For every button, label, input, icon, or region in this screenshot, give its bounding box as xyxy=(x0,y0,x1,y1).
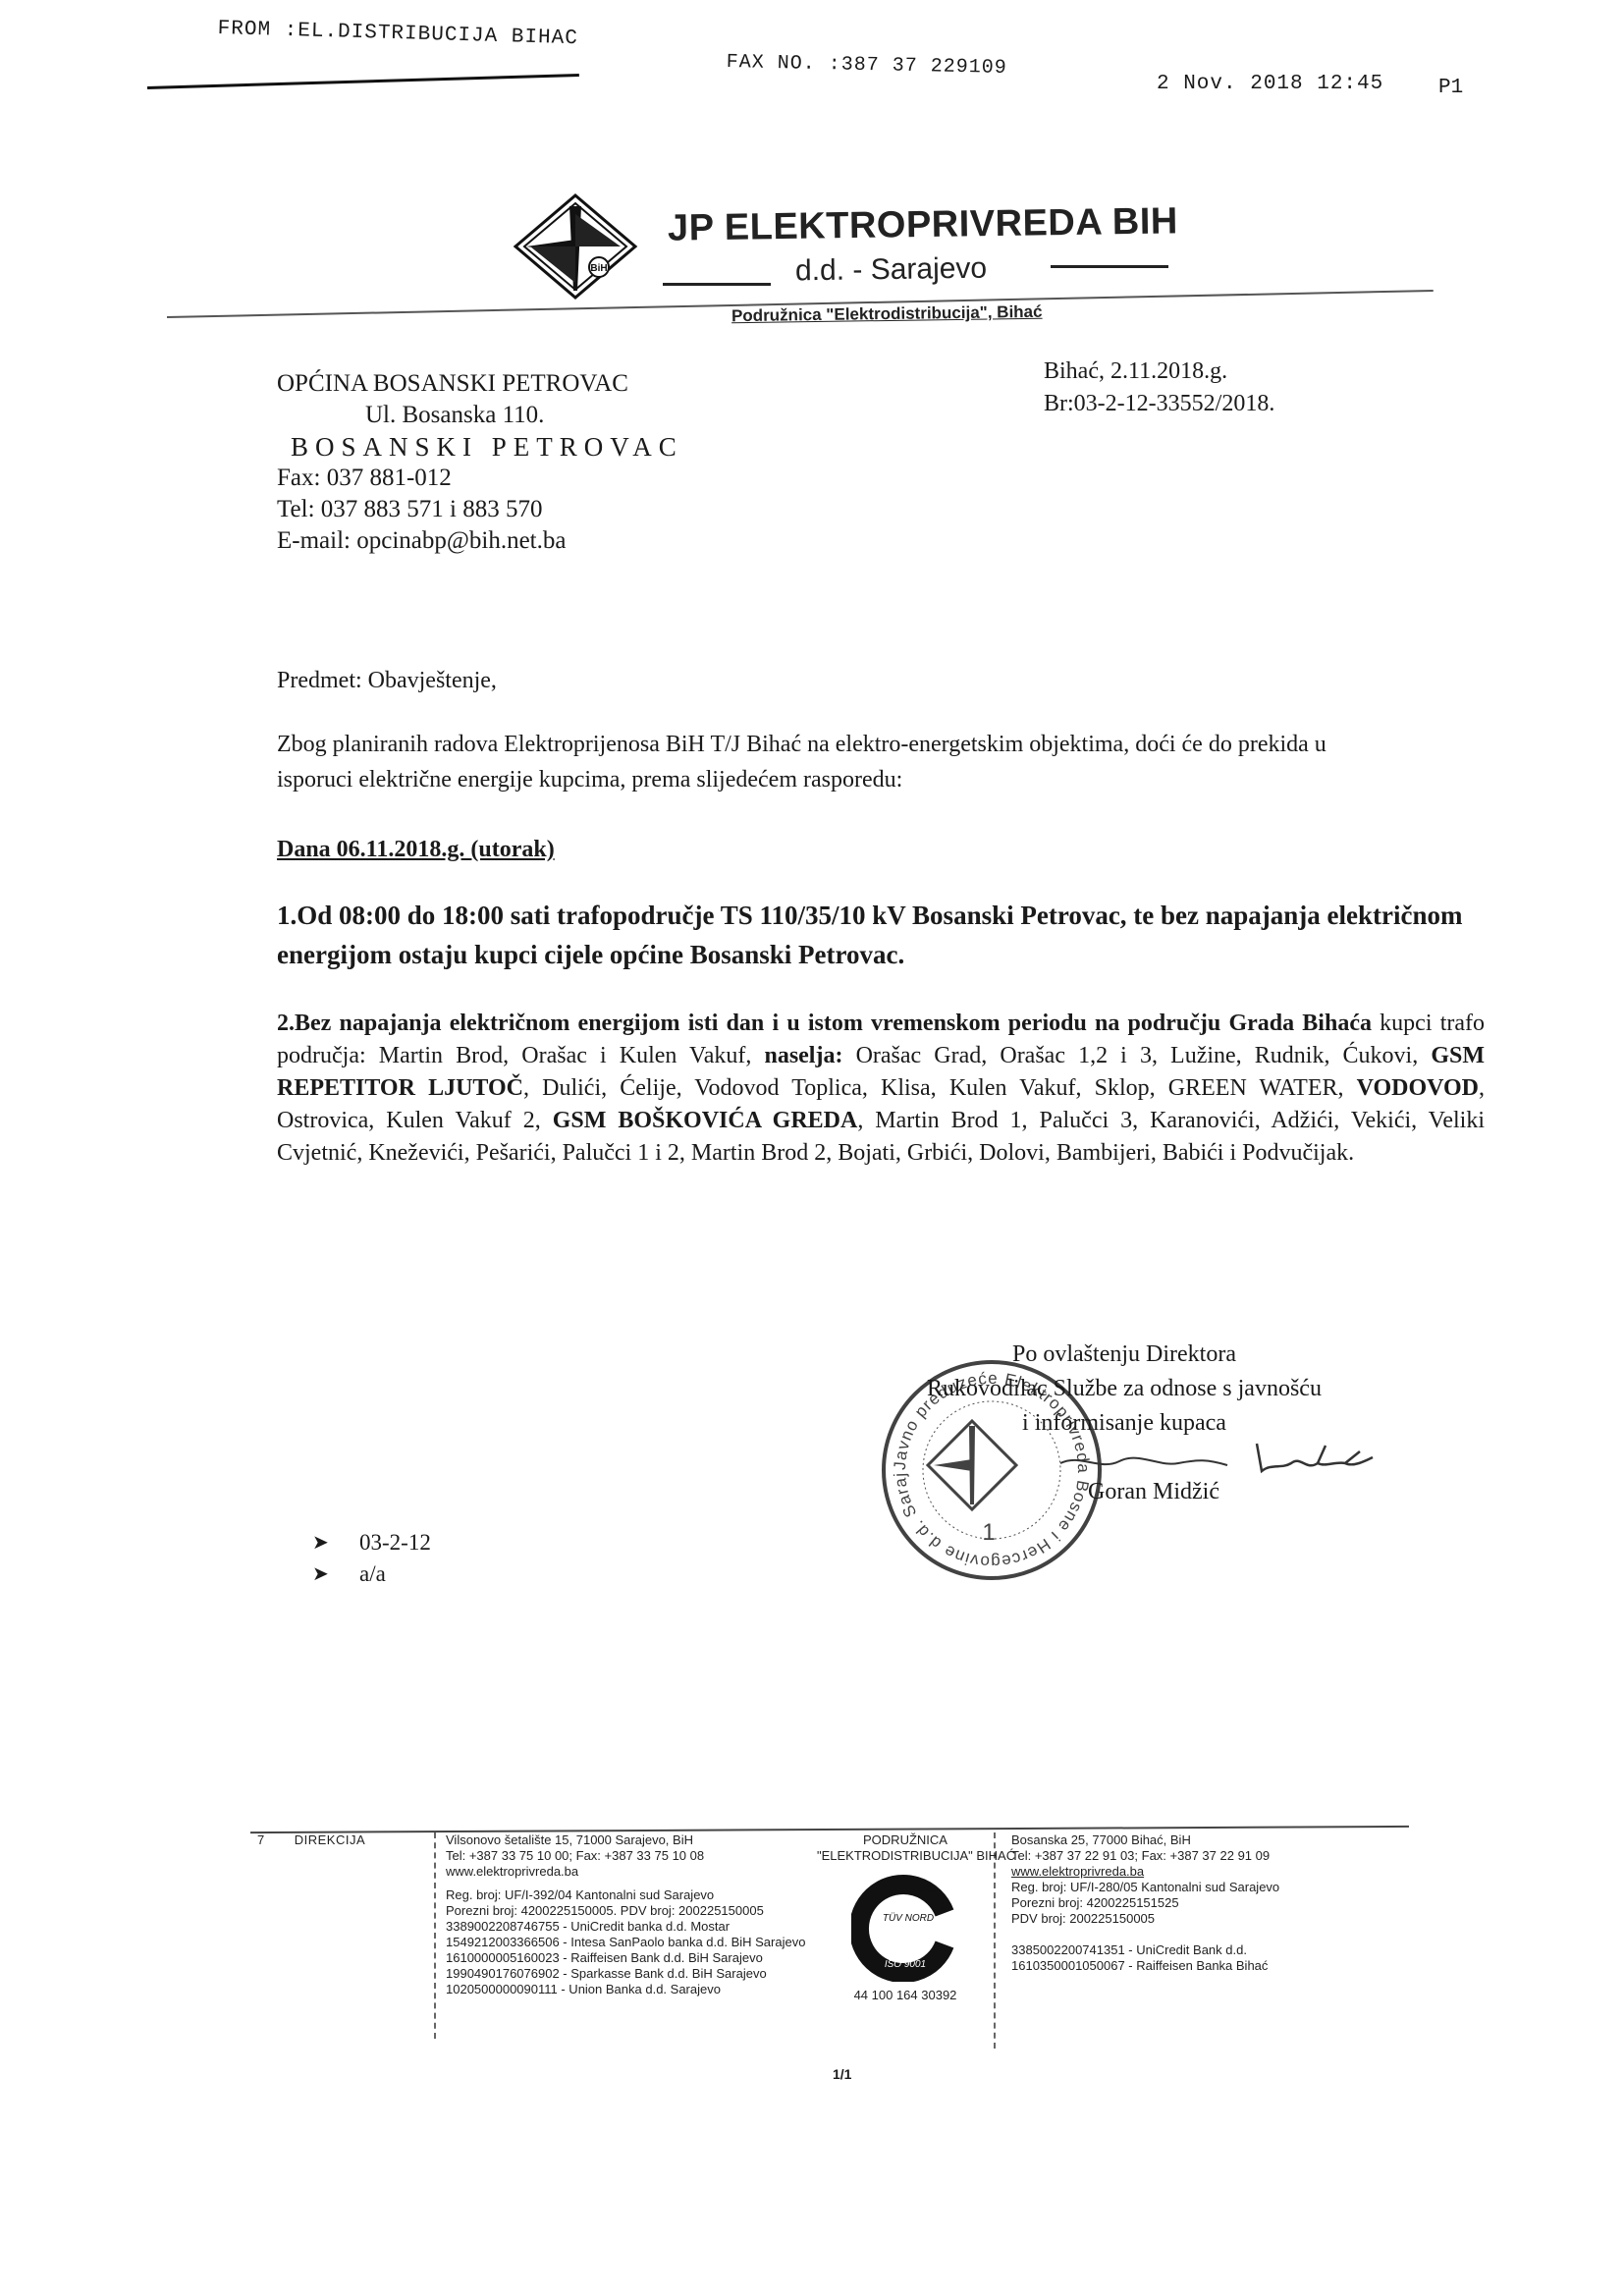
reference-number: Br:03-2-12-33552/2018. xyxy=(1044,388,1274,420)
svg-text:1: 1 xyxy=(982,1519,995,1546)
fax-header-rule xyxy=(147,74,579,89)
elektroprivreda-logo-icon: BiH xyxy=(513,192,638,301)
intro-paragraph: Zbog planiranih radova Elektroprijenosa … xyxy=(277,727,1406,797)
arrow-bullet-icon: ➤ xyxy=(312,1558,330,1590)
recipient-email: E-mail: opcinabp@bih.net.ba xyxy=(277,528,683,560)
item2-gsm-boskovica: GSM BOŠKOVIĆA GREDA xyxy=(553,1108,858,1133)
signature-title: Rukovodilac Službe za odnose s javnošću xyxy=(869,1372,1380,1406)
directorate-registration: Reg. broj: UF/I-392/04 Kantonalni sud Sa… xyxy=(446,1887,848,1903)
recipient-name: OPĆINA BOSANSKI PETROVAC xyxy=(277,371,683,403)
item2-text: , Dulići, Ćelije, Vodovod Toplica, Klisa… xyxy=(523,1075,1357,1101)
signature-authority: Po ovlaštenju Direktora xyxy=(869,1338,1380,1372)
directorate-website: www.elektroprivreda.ba xyxy=(446,1864,848,1880)
divider xyxy=(663,283,771,286)
date-reference-block: Bihać, 2.11.2018.g. Br:03-2-12-33552/201… xyxy=(1044,355,1274,420)
svg-text:ISO 9001: ISO 9001 xyxy=(885,1959,926,1970)
outage-item-2: 2.Bez napajanja električnom energijom is… xyxy=(277,1008,1485,1170)
branch-bank: 1610350001050067 - Raiffeisen Banka Biha… xyxy=(1011,1958,1424,1974)
divider xyxy=(1051,265,1168,268)
fax-datetime: 2 Nov. 2018 12:45 xyxy=(1157,73,1383,95)
page-count: 1/1 xyxy=(833,2066,851,2082)
iso-certificate-number: 44 100 164 30392 xyxy=(846,1988,964,2003)
outage-day-heading: Dana 06.11.2018.g. (utorak) xyxy=(277,837,555,863)
item2-text: Orašac Grad, Orašac 1,2 i 3, Lužine, Rud… xyxy=(842,1043,1431,1068)
item2-lead: 2.Bez napajanja električnom energijom is… xyxy=(277,1011,1372,1036)
branch-phone: Tel: +387 37 22 91 03; Fax: +387 37 22 9… xyxy=(1011,1848,1424,1864)
directorate-bank: 1610000005160023 - Raiffeisen Bank d.d. … xyxy=(446,1950,848,1966)
directorate-bank: 1020500000090111 - Union Banka d.d. Sara… xyxy=(446,1982,848,1997)
directorate-bank: 1549212003366506 - Intesa SanPaolo banka… xyxy=(446,1935,848,1950)
item2-settlements-label: naselja: xyxy=(764,1043,842,1068)
svg-text:TÜV NORD: TÜV NORD xyxy=(883,1912,934,1924)
distribution-item: ➤ a/a xyxy=(312,1558,431,1590)
directorate-address: Vilsonovo šetalište 15, 71000 Sarajevo, … xyxy=(446,1832,848,1848)
distribution-text: a/a xyxy=(359,1558,386,1590)
branch-vat: PDV broj: 200225150005 xyxy=(1011,1911,1424,1927)
company-name: JP ELEKTROPRIVREDA BIH xyxy=(668,200,1178,249)
directorate-contact: Vilsonovo šetalište 15, 71000 Sarajevo, … xyxy=(434,1832,848,2039)
fax-number: FAX NO. :387 37 229109 xyxy=(727,51,1007,80)
svg-text:BiH: BiH xyxy=(590,263,607,274)
arrow-bullet-icon: ➤ xyxy=(312,1527,330,1558)
subject-line: Predmet: Obavještenje, xyxy=(277,668,497,694)
footer-directorate-label: DIREKCIJA xyxy=(295,1832,365,1847)
branch-bank: 3385002200741351 - UniCredit Bank d.d. xyxy=(1011,1942,1424,1958)
branch-block: PODRUŽNICA "ELEKTRODISTRIBUCIJA" BIHAĆ T… xyxy=(846,1832,996,2049)
directorate-tax: Porezni broj: 4200225150005. PDV broj: 2… xyxy=(446,1903,848,1919)
branch-tax: Porezni broj: 4200225151525 xyxy=(1011,1895,1424,1911)
directorate-bank: 3389002208746755 - UniCredit banka d.d. … xyxy=(446,1919,848,1935)
branch-website-link[interactable]: www.elektroprivreda.ba xyxy=(1011,1864,1424,1880)
branch-title-2: "ELEKTRODISTRIBUCIJA" BIHAĆ xyxy=(817,1848,964,1864)
company-subtitle: d.d. - Sarajevo xyxy=(795,252,988,289)
branch-address: Bosanska 25, 77000 Bihać, BiH xyxy=(1011,1832,1424,1848)
footer-label: 7DIREKCIJA xyxy=(257,1832,365,1848)
recipient-street: Ul. Bosanska 110. xyxy=(277,403,683,434)
directorate-phone: Tel: +387 33 75 10 00; Fax: +387 33 75 1… xyxy=(446,1848,848,1864)
branch-name: Podružnica "Elektrodistribucija", Bihać xyxy=(731,302,1043,326)
footer-number: 7 xyxy=(257,1832,265,1847)
directorate-bank: 1990490176076902 - Sparkasse Bank d.d. B… xyxy=(446,1966,848,1982)
fax-sender: FROM :EL.DISTRIBUCIJA BIHAC xyxy=(217,18,578,50)
item2-vodovod: VODOVOD xyxy=(1357,1075,1479,1101)
footer: 7DIREKCIJA Vilsonovo šetalište 15, 71000… xyxy=(257,1832,1416,2058)
recipient-fax: Fax: 037 881-012 xyxy=(277,465,683,497)
fax-page-number: P1 xyxy=(1438,77,1463,99)
recipient-address: OPĆINA BOSANSKI PETROVAC Ul. Bosanska 11… xyxy=(277,371,683,560)
recipient-city: BOSANSKI PETROVAC xyxy=(277,434,683,465)
handwritten-signature-icon xyxy=(1060,1434,1375,1483)
signature-block: Po ovlaštenju Direktora Rukovodilac Služ… xyxy=(869,1338,1380,1509)
recipient-tel: Tel: 037 883 571 i 883 570 xyxy=(277,497,683,528)
branch-registration: Reg. broj: UF/I-280/05 Kantonalni sud Sa… xyxy=(1011,1880,1424,1895)
distribution-item: ➤ 03-2-12 xyxy=(312,1527,431,1558)
letter-date: Bihać, 2.11.2018.g. xyxy=(1044,355,1274,388)
branch-title: PODRUŽNICA xyxy=(846,1832,964,1848)
bihac-branch-contact: Bosanska 25, 77000 Bihać, BiH Tel: +387 … xyxy=(1011,1832,1424,1974)
distribution-text: 03-2-12 xyxy=(359,1527,431,1558)
iso-certification-icon: TÜV NORD ISO 9001 xyxy=(851,1874,959,1982)
outage-item-1: 1.Od 08:00 do 18:00 sati trafopodručje T… xyxy=(277,896,1485,974)
distribution-list: ➤ 03-2-12 ➤ a/a xyxy=(312,1527,431,1590)
